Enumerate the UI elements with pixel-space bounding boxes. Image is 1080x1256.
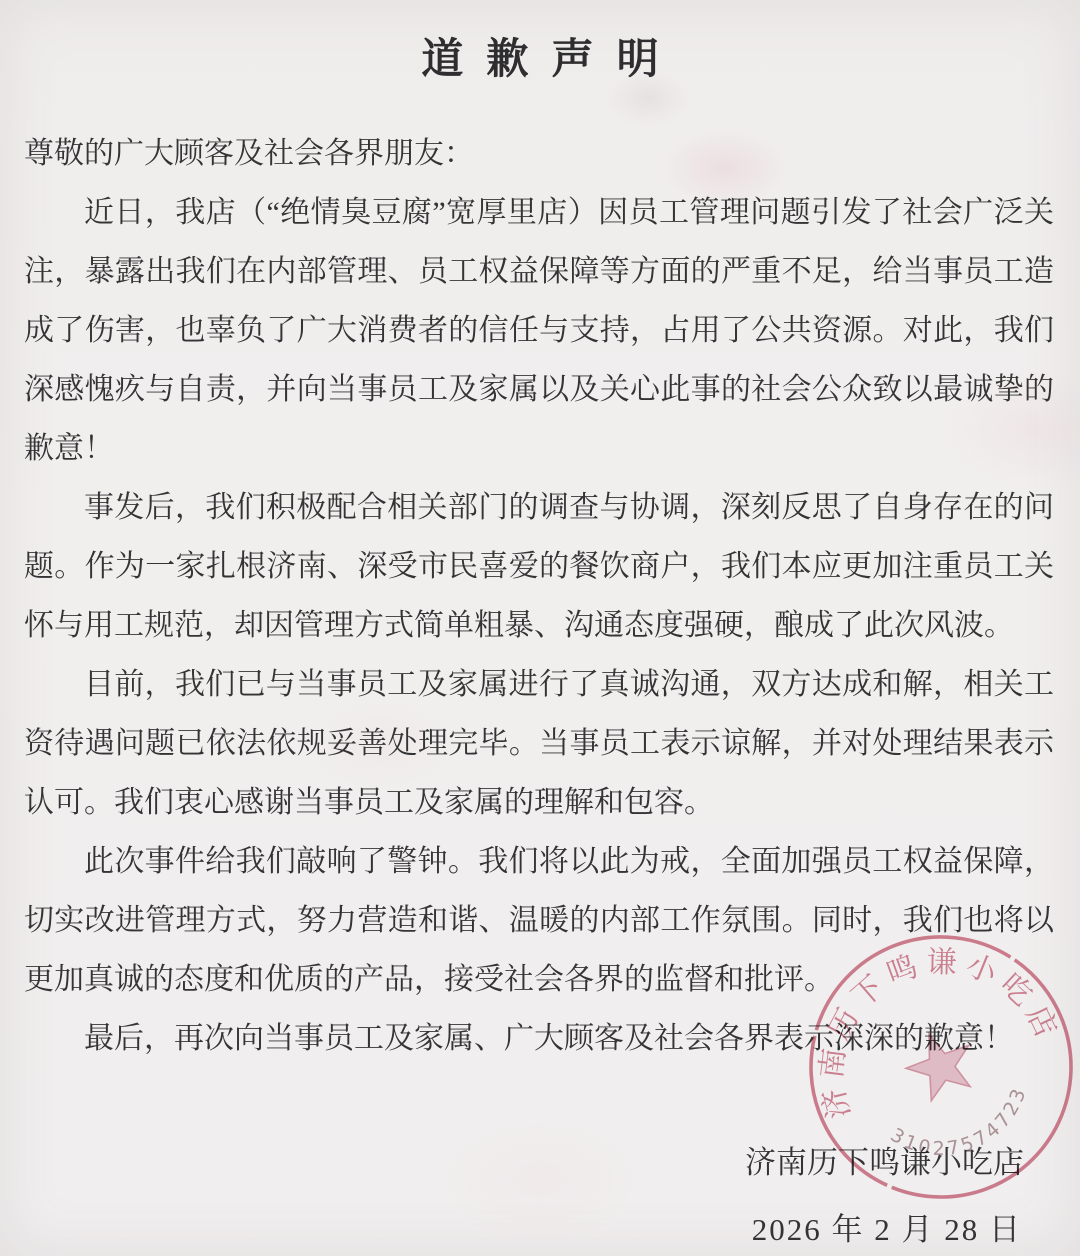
paragraph-4: 此次事件给我们敲响了警钟。我们将以此为戒，全面加强员工权益保障，切实改进管理方式… <box>24 832 1054 1009</box>
date: 2026 年 2 月 28 日 <box>24 1200 1054 1256</box>
page-title: 道歉声明 <box>0 0 1080 86</box>
paragraph-2: 事发后，我们积极配合相关部门的调查与协调，深刻反思了自身存在的问题。作为一家扎根… <box>24 478 1054 655</box>
paragraph-1: 近日，我店（“绝情臭豆腐”宽厚里店）因员工管理问题引发了社会广泛关注，暴露出我们… <box>24 183 1054 478</box>
paragraph-5: 最后，再次向当事员工及家属、广大顾客及社会各界表示深深的歉意！ <box>24 1009 1054 1068</box>
salutation: 尊敬的广大顾客及社会各界朋友： <box>24 124 1054 183</box>
apology-letter-page: 道歉声明 尊敬的广大顾客及社会各界朋友： 近日，我店（“绝情臭豆腐”宽厚里店）因… <box>0 0 1080 1256</box>
signature: 济南历下鸣谦小吃店 <box>24 1133 1054 1192</box>
paragraph-3: 目前，我们已与当事员工及家属进行了真诚沟通，双方达成和解，相关工资待遇问题已依法… <box>24 655 1054 832</box>
letter-body: 尊敬的广大顾客及社会各界朋友： 近日，我店（“绝情臭豆腐”宽厚里店）因员工管理问… <box>0 86 1080 1256</box>
